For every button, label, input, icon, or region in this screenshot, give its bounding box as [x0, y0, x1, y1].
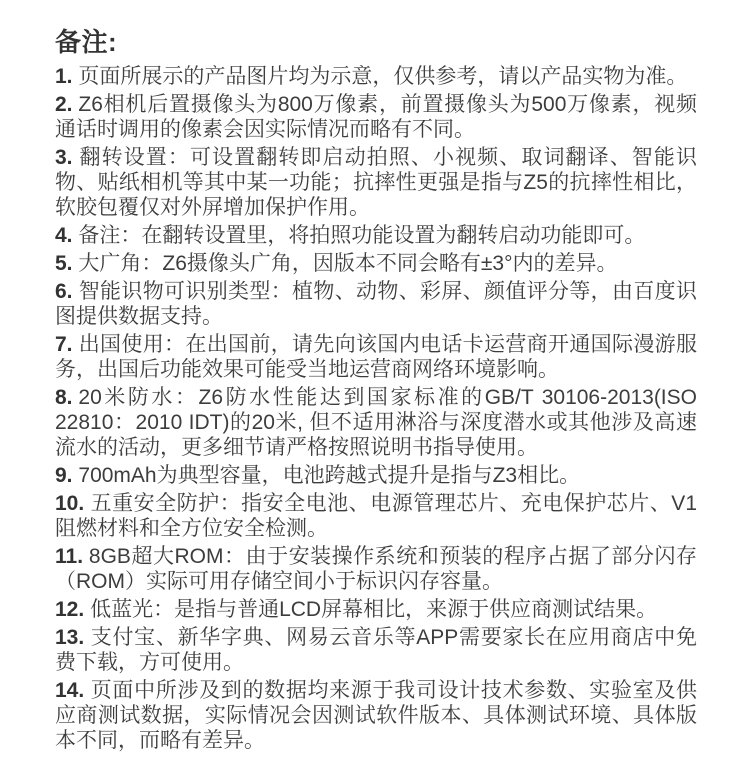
note-text: 智能识物可识别类型：植物、动物、彩屏、颜值评分等，由百度识图提供数据支持。 [55, 280, 697, 328]
note-number: 8. [55, 386, 73, 409]
note-number: 7. [55, 333, 73, 356]
note-text: Z6相机后置摄像头为800万像素，前置摄像头为500万像素，视频通话时调用的像素… [55, 93, 697, 141]
note-item: 12.低蓝光：是指与普通LCD屏幕相比，来源于供应商测试结果。 [55, 597, 697, 622]
note-number: 6. [55, 280, 73, 303]
note-text: 支付宝、新华字典、网易云音乐等APP需要家长在应用商店中免费下载，方可使用。 [55, 626, 697, 674]
note-text: 页面所展示的产品图片均为示意，仅供参考，请以产品实物为准。 [78, 65, 687, 88]
note-number: 14. [55, 679, 84, 702]
note-number: 13. [55, 626, 84, 649]
note-item: 7.出国使用：在出国前，请先向该国内电话卡运营商开通国际漫游服务，出国后功能效果… [55, 332, 697, 382]
note-number: 12. [55, 598, 84, 621]
note-item: 2.Z6相机后置摄像头为800万像素，前置摄像头为500万像素，视频通话时调用的… [55, 92, 697, 142]
note-item: 11.8GB超大ROM：由于安装操作系统和预装的程序占据了部分闪存（ROM）实际… [55, 544, 697, 594]
note-text: 20米防水：Z6防水性能达到国家标准的GB/T 30106-2013(ISO 2… [55, 386, 697, 459]
note-number: 4. [55, 224, 73, 247]
note-item: 8.20米防水：Z6防水性能达到国家标准的GB/T 30106-2013(ISO… [55, 385, 697, 460]
note-item: 5.大广角：Z6摄像头广角，因版本不同会略有±3°内的差异。 [55, 251, 697, 276]
note-number: 1. [55, 65, 73, 88]
note-item: 3.翻转设置：可设置翻转即启动拍照、小视频、取词翻译、智能识物、贴纸相机等其中某… [55, 145, 697, 220]
notes-page: 备注: 1.页面所展示的产品图片均为示意，仅供参考，请以产品实物为准。 2.Z6… [0, 0, 750, 772]
note-item: 9.700mAh为典型容量，电池跨越式提升是指与Z3相比。 [55, 463, 697, 488]
note-number: 5. [55, 252, 73, 275]
page-title: 备注: [55, 26, 697, 58]
note-text: 五重安全防护：指安全电池、电源管理芯片、充电保护芯片、V1阻燃材料和全方位安全检… [55, 492, 697, 540]
note-item: 14.页面中所涉及到的数据均来源于我司设计技术参数、实验室及供应商测试数据，实际… [55, 678, 697, 753]
note-item: 4.备注：在翻转设置里，将拍照功能设置为翻转启动功能即可。 [55, 223, 697, 248]
note-text: 页面中所涉及到的数据均来源于我司设计技术参数、实验室及供应商测试数据，实际情况会… [55, 679, 697, 752]
note-number: 9. [55, 464, 73, 487]
note-item: 13.支付宝、新华字典、网易云音乐等APP需要家长在应用商店中免费下载，方可使用… [55, 625, 697, 675]
note-text: 700mAh为典型容量，电池跨越式提升是指与Z3相比。 [78, 464, 580, 487]
note-item: 10.五重安全防护：指安全电池、电源管理芯片、充电保护芯片、V1阻燃材料和全方位… [55, 491, 697, 541]
note-number: 11. [55, 545, 83, 568]
note-number: 2. [55, 93, 73, 116]
note-text: 备注：在翻转设置里，将拍照功能设置为翻转启动功能即可。 [78, 224, 645, 247]
note-number: 10. [55, 492, 84, 515]
note-item: 6.智能识物可识别类型：植物、动物、彩屏、颜值评分等，由百度识图提供数据支持。 [55, 279, 697, 329]
note-text: 大广角：Z6摄像头广角，因版本不同会略有±3°内的差异。 [78, 252, 617, 275]
note-number: 3. [55, 146, 73, 169]
note-text: 低蓝光：是指与普通LCD屏幕相比，来源于供应商测试结果。 [90, 598, 657, 621]
note-text: 8GB超大ROM：由于安装操作系统和预装的程序占据了部分闪存（ROM）实际可用存… [55, 545, 697, 593]
note-text: 出国使用：在出国前，请先向该国内电话卡运营商开通国际漫游服务，出国后功能效果可能… [55, 333, 697, 381]
note-item: 1.页面所展示的产品图片均为示意，仅供参考，请以产品实物为准。 [55, 64, 697, 89]
note-text: 翻转设置：可设置翻转即启动拍照、小视频、取词翻译、智能识物、贴纸相机等其中某一功… [55, 146, 697, 219]
notes-section: 1.页面所展示的产品图片均为示意，仅供参考，请以产品实物为准。 2.Z6相机后置… [55, 64, 697, 753]
